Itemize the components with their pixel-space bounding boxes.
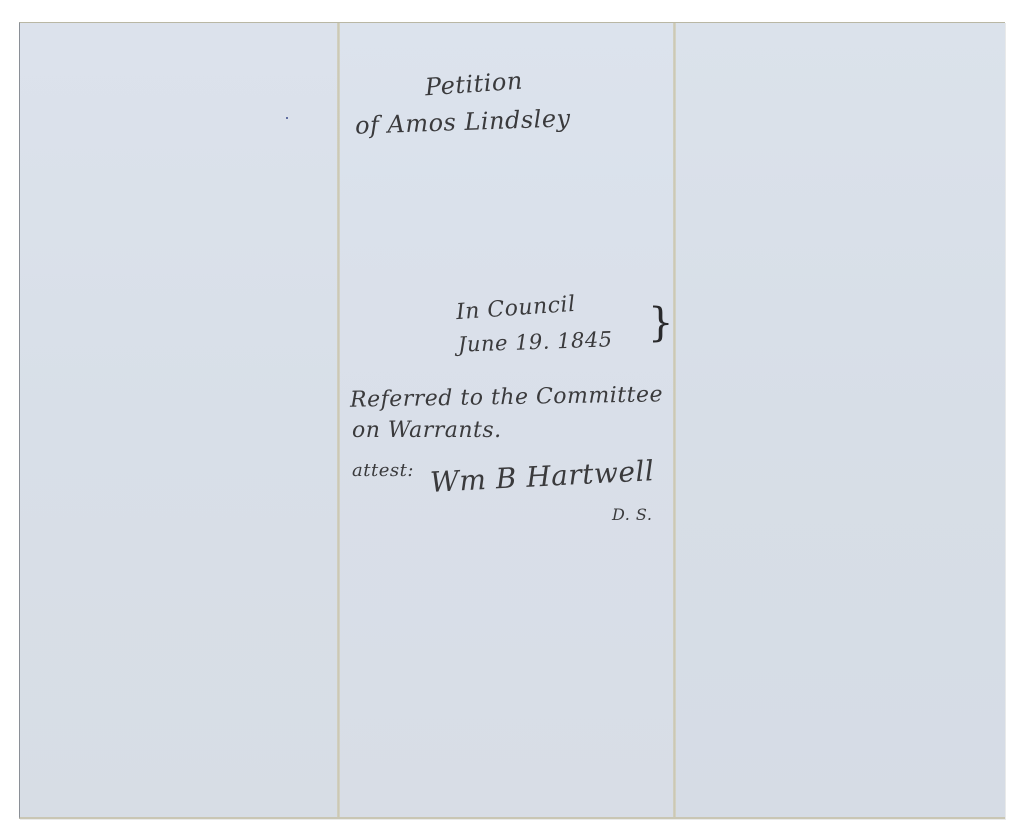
ink-speck <box>286 117 288 119</box>
right-fold-panel <box>676 23 1005 817</box>
left-fold-panel <box>20 23 338 817</box>
attest-label: attest: <box>352 460 414 481</box>
referral-line-2: on Warrants. <box>352 418 502 443</box>
document-sheet <box>19 22 1005 819</box>
clerk-title: D. S. <box>612 505 652 524</box>
fold-crease-left <box>337 23 340 817</box>
brace-mark: } <box>648 300 674 346</box>
fold-crease-right <box>673 23 676 817</box>
